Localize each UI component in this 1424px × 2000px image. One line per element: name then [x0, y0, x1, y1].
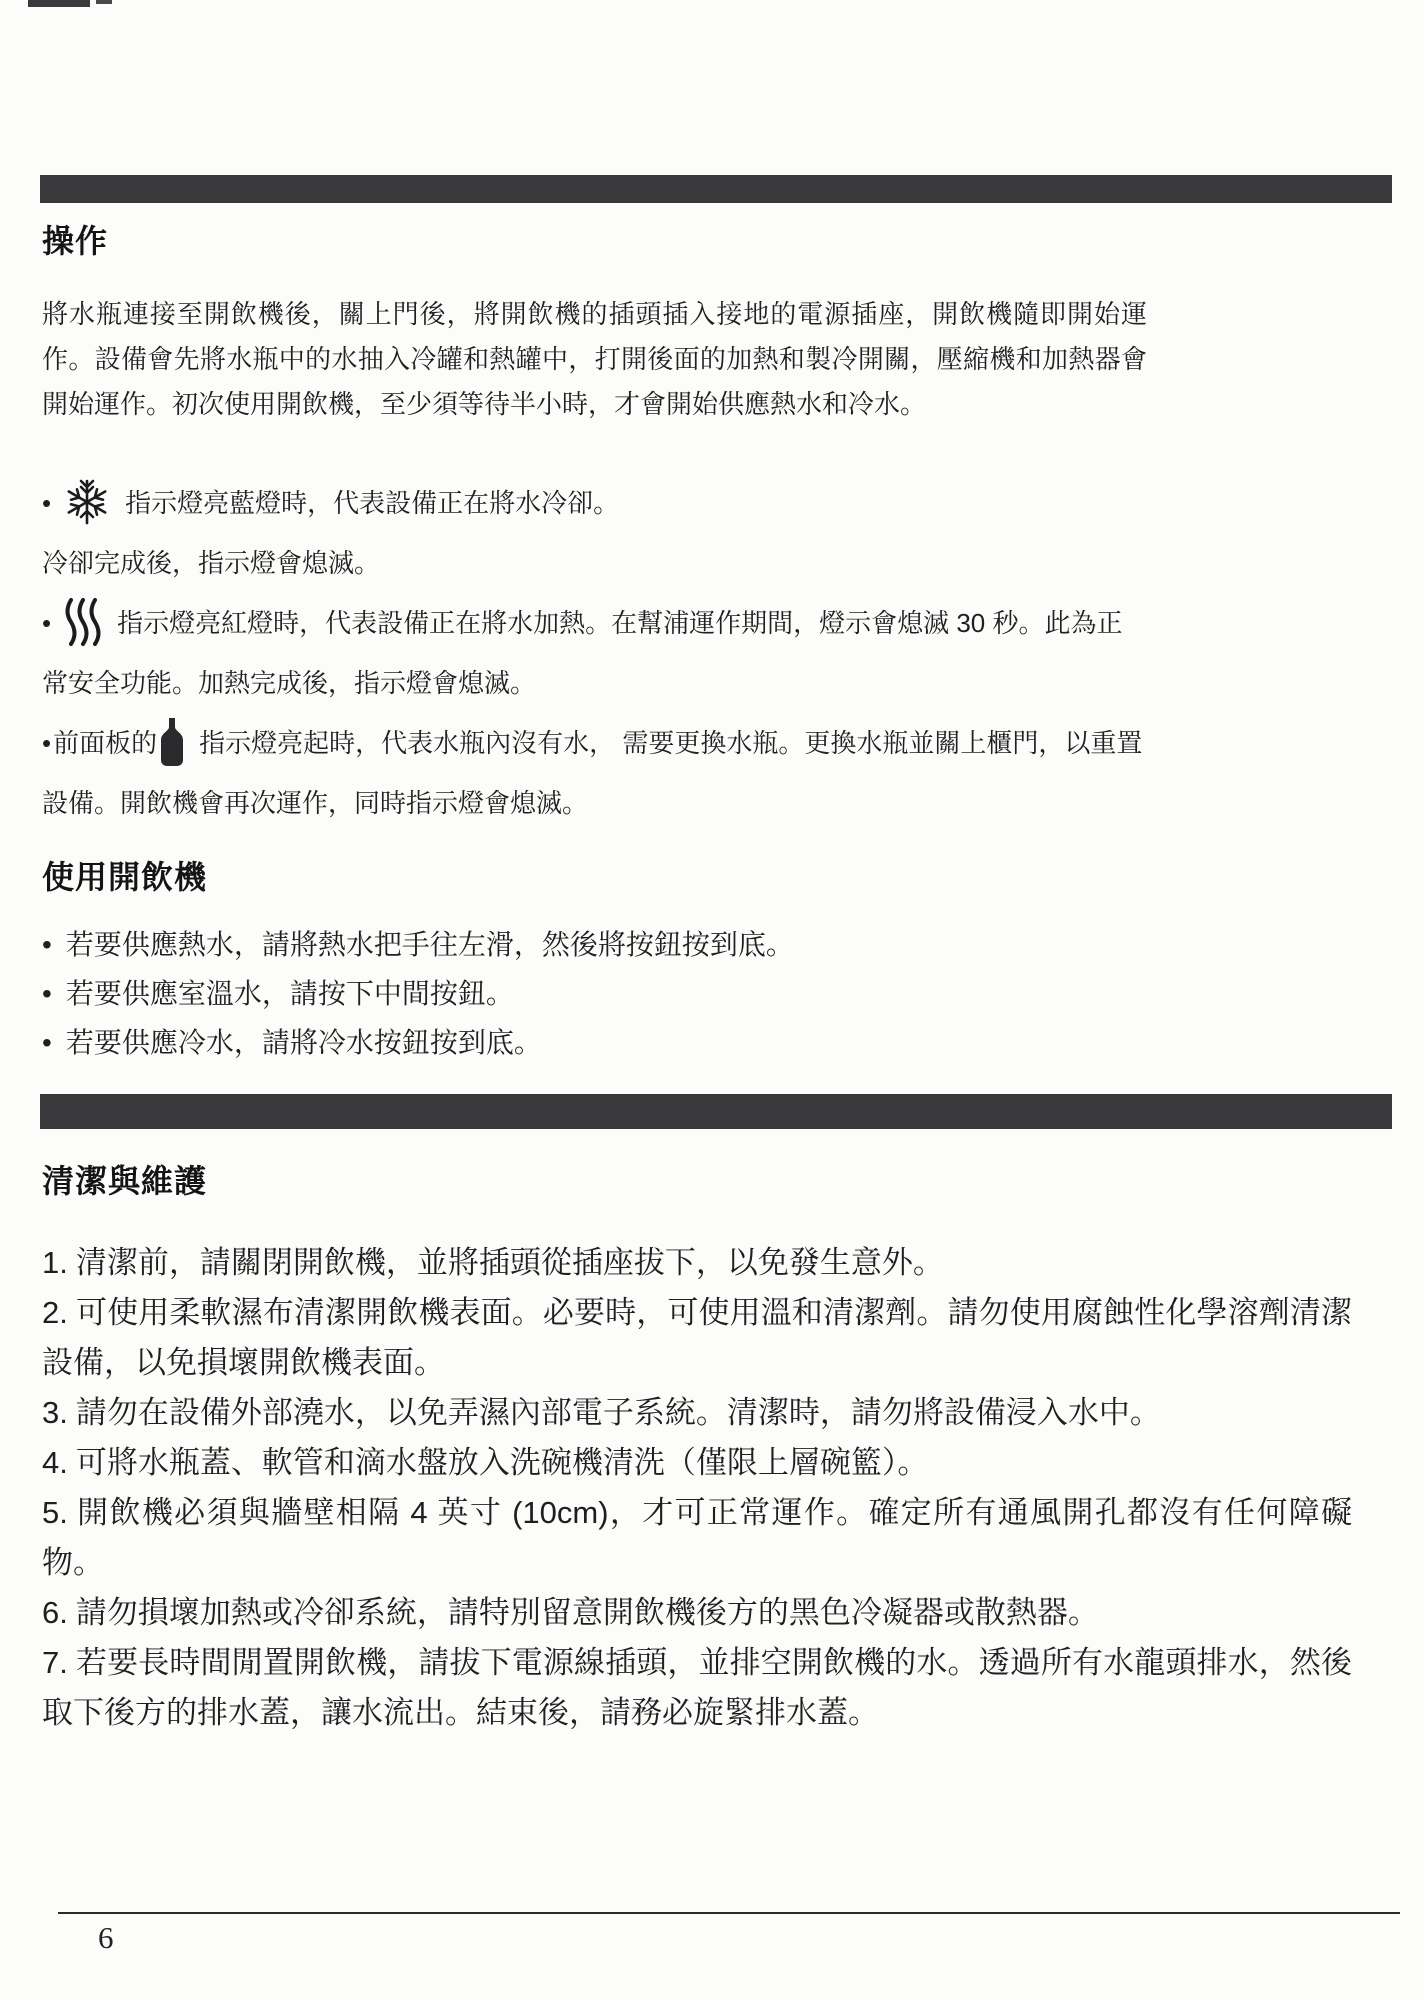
- indicator-heating: • 指示燈亮紅燈時，代表設備正在將水加熱。在幫浦運作期間，燈示會熄滅 30 秒。…: [42, 593, 1147, 713]
- usage-item-text: 若要供應室溫水，請按下中間按鈕。: [66, 978, 514, 1009]
- scan-artifact: [96, 0, 112, 4]
- manual-page: 操作 將水瓶連接至開飲機後，關上門後，將開飲機的插頭插入接地的電源插座，開飲機隨…: [0, 0, 1424, 2000]
- snowflake-icon: [63, 478, 111, 526]
- usage-item: •若要供應熱水，請將熱水把手往左滑，然後將按鈕按到底。: [42, 920, 1242, 969]
- item-text: 若要長時間閒置開飲機，請拔下電源線插頭，並排空開飲機的水。透過所有水龍頭排水，然…: [42, 1645, 1352, 1730]
- footer-divider: [58, 1912, 1400, 1914]
- bullet-marker: •: [42, 713, 51, 773]
- item-text: 請勿損壞加熱或冷卻系統，請特別留意開飲機後方的黑色冷凝器或散熱器。: [76, 1595, 1099, 1630]
- item-text: 請勿在設備外部澆水，以免弄濕內部電子系統。清潔時，請勿將設備浸入水中。: [76, 1395, 1161, 1430]
- indicator-cooling-note: 冷卻完成後，指示燈會熄滅。: [42, 533, 1147, 593]
- cleaning-item: 1.清潔前，請關閉開飲機，並將插頭從插座拔下，以免發生意外。: [42, 1238, 1352, 1288]
- indicator-empty-bottle: •前面板的 指示燈亮起時，代表水瓶內沒有水， 需要更換水瓶。更換水瓶並關上櫃門，…: [42, 713, 1147, 833]
- bullet-marker: •: [42, 593, 51, 653]
- indicator-bottle-prefix: 前面板的: [53, 728, 157, 758]
- item-text: 可使用柔軟濕布清潔開飲機表面。必要時，可使用溫和清潔劑。請勿使用腐蝕性化學溶劑清…: [42, 1295, 1352, 1380]
- usage-section: 使用開飲機 •若要供應熱水，請將熱水把手往左滑，然後將按鈕按到底。 •若要供應室…: [42, 852, 1242, 1067]
- cleaning-item: 6.請勿損壞加熱或冷卻系統，請特別留意開飲機後方的黑色冷凝器或散熱器。: [42, 1588, 1352, 1638]
- bullet-marker: •: [42, 473, 51, 533]
- section-title-operation: 操作: [42, 216, 1147, 262]
- usage-list: •若要供應熱水，請將熱水把手往左滑，然後將按鈕按到底。 •若要供應室溫水，請按下…: [42, 920, 1242, 1067]
- cleaning-section: 清潔與維護 1.清潔前，請關閉開飲機，並將插頭從插座拔下，以免發生意外。 2.可…: [42, 1156, 1352, 1738]
- cleaning-item: 5.開飲機必須與牆壁相隔 4 英寸 (10cm)，才可正常運作。確定所有通風開孔…: [42, 1488, 1352, 1588]
- usage-item: •若要供應室溫水，請按下中間按鈕。: [42, 969, 1242, 1018]
- section-title-cleaning: 清潔與維護: [42, 1156, 1352, 1202]
- scan-artifact: [28, 0, 90, 7]
- usage-item-text: 若要供應熱水，請將熱水把手往左滑，然後將按鈕按到底。: [66, 929, 794, 960]
- indicator-cooling: • 指示燈亮藍燈時，代表設備正在將水冷卻。: [42, 473, 1147, 533]
- item-number: 7.: [42, 1645, 68, 1680]
- usage-item: •若要供應冷水，請將冷水按鈕按到底。: [42, 1018, 1242, 1067]
- page-number: 6: [98, 1920, 114, 1956]
- item-text: 可將水瓶蓋、軟管和滴水盤放入洗碗機清洗（僅限上層碗籃）。: [76, 1445, 929, 1480]
- item-number: 6.: [42, 1595, 68, 1630]
- bottle-icon: [159, 717, 185, 767]
- heat-waves-icon: [63, 597, 103, 647]
- item-number: 3.: [42, 1395, 68, 1430]
- cleaning-item: 7.若要長時間閒置開飲機，請拔下電源線插頭，並排空開飲機的水。透過所有水龍頭排水…: [42, 1638, 1352, 1738]
- bullet-marker: •: [42, 920, 52, 969]
- item-number: 1.: [42, 1245, 68, 1280]
- section-divider-bar: [40, 1094, 1392, 1129]
- item-number: 4.: [42, 1445, 68, 1480]
- section-title-usage: 使用開飲機: [42, 852, 1242, 898]
- cleaning-item: 4.可將水瓶蓋、軟管和滴水盤放入洗碗機清洗（僅限上層碗籃）。: [42, 1438, 1352, 1488]
- cleaning-item: 2.可使用柔軟濕布清潔開飲機表面。必要時，可使用溫和清潔劑。請勿使用腐蝕性化學溶…: [42, 1288, 1352, 1388]
- operation-section: 操作 將水瓶連接至開飲機後，關上門後，將開飲機的插頭插入接地的電源插座，開飲機隨…: [42, 216, 1147, 833]
- usage-item-text: 若要供應冷水，請將冷水按鈕按到底。: [66, 1027, 542, 1058]
- item-number: 2.: [42, 1295, 68, 1330]
- bullet-marker: •: [42, 1018, 52, 1067]
- indicator-list: • 指示燈亮藍燈時，代表設備正在將水冷卻。 冷卻完成後，指示燈會熄滅。 •: [42, 473, 1147, 833]
- cleaning-list: 1.清潔前，請關閉開飲機，並將插頭從插座拔下，以免發生意外。 2.可使用柔軟濕布…: [42, 1238, 1352, 1738]
- item-text: 開飲機必須與牆壁相隔 4 英寸 (10cm)，才可正常運作。確定所有通風開孔都沒…: [42, 1495, 1352, 1580]
- bullet-marker: •: [42, 969, 52, 1018]
- indicator-bottle-text: 指示燈亮起時，代表水瓶內沒有水， 需要更換水瓶。更換水瓶並關上櫃門，以重置設備。…: [42, 728, 1142, 818]
- cleaning-item: 3.請勿在設備外部澆水，以免弄濕內部電子系統。清潔時，請勿將設備浸入水中。: [42, 1388, 1352, 1438]
- item-number: 5.: [42, 1495, 68, 1530]
- item-text: 清潔前，請關閉開飲機，並將插頭從插座拔下，以免發生意外。: [76, 1245, 944, 1280]
- indicator-heating-text: 指示燈亮紅燈時，代表設備正在將水加熱。在幫浦運作期間，燈示會熄滅 30 秒。此為…: [42, 608, 1122, 698]
- operation-intro-paragraph: 將水瓶連接至開飲機後，關上門後，將開飲機的插頭插入接地的電源插座，開飲機隨即開始…: [42, 292, 1147, 427]
- indicator-cooling-text: 指示燈亮藍燈時，代表設備正在將水冷卻。: [125, 488, 619, 518]
- section-divider-bar: [40, 175, 1392, 203]
